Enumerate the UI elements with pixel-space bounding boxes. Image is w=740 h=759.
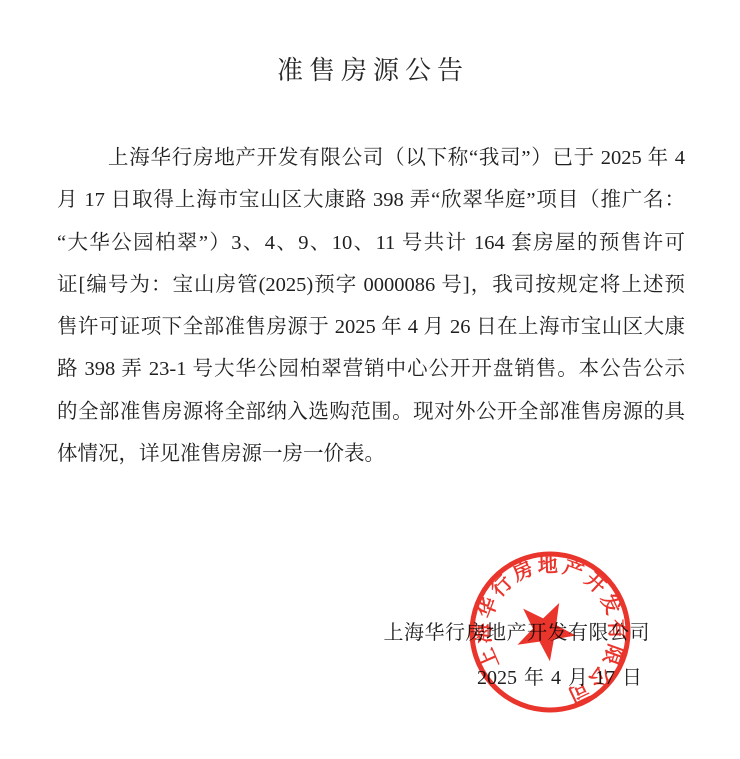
body-line: 路 398 弄 23-1 号大华公园柏翠营销中心公开开盘销售。本公告公示 [57,348,685,390]
body-line: 的全部准售房源将全部纳入选购范围。现对外公开全部准售房源的具 [57,391,685,433]
body-line: 体情况，详见准售房源一房一价表。 [57,433,685,475]
document-page: 准售房源公告 上海华行房地产开发有限公司（以下称“我司”）已于 2025 年 4… [0,0,740,759]
signature-company-name: 上海华行房地产开发有限公司 [384,616,651,645]
body-line: 月 17 日取得上海市宝山区大康路 398 弄“欣翠华庭”项目（推广名： [57,179,685,221]
body-line: 售许可证项下全部准售房源于 2025 年 4 月 26 日在上海市宝山区大康 [57,306,685,348]
announcement-body: 上海华行房地产开发有限公司（以下称“我司”）已于 2025 年 4 月 17 日… [57,137,685,475]
signature-date: 2025 年 4 月 17 日 [477,661,642,690]
body-line: 上海华行房地产开发有限公司（以下称“我司”）已于 2025 年 4 [57,137,685,179]
document-title: 准售房源公告 [0,50,740,87]
body-line: 证[编号为：宝山房管(2025)预字 0000086 号]，我司按规定将上述预 [57,264,685,306]
body-line: “大华公园柏翠”）3、4、9、10、11 号共计 164 套房屋的预售许可 [57,222,685,264]
